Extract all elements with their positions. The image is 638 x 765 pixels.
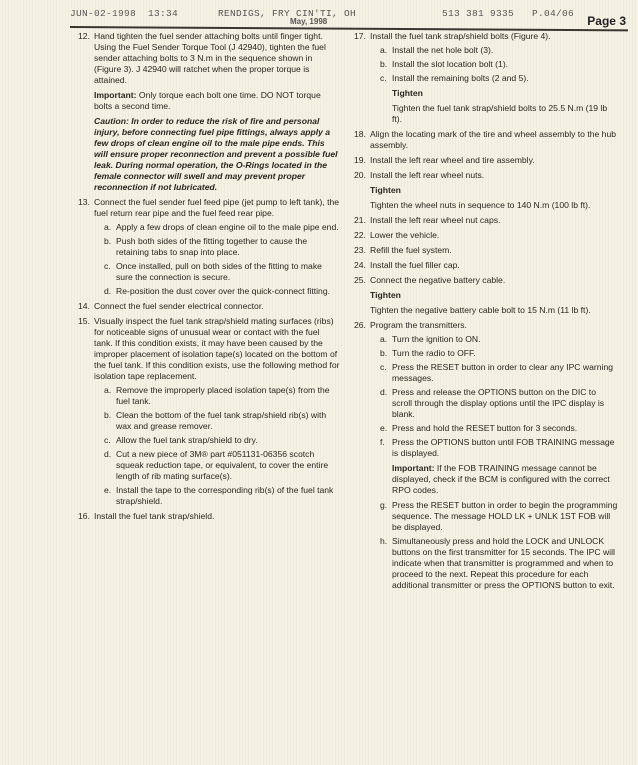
substep: a.Remove the improperly placed isolation… (104, 385, 340, 407)
substep: g.Press the RESET button in order to beg… (380, 500, 618, 533)
tighten-spec: Tighten the negative battery cable bolt … (370, 305, 618, 316)
right-column: 17. Install the fuel tank strap/shield b… (354, 31, 618, 595)
substep: b.Turn the radio to OFF. (380, 348, 618, 359)
fax-header: JUN-02-1998 13:34 RENDIGS, FRY CIN'TI, O… (70, 8, 598, 20)
substep: b.Install the slot location bolt (1). (380, 59, 618, 70)
substep: f.Press the OPTIONS button until FOB TRA… (380, 437, 618, 459)
tighten-label: Tighten (370, 290, 618, 301)
fax-phone: 513 381 9335 (442, 8, 514, 19)
substep: d.Cut a new piece of 3M® part #051131-06… (104, 449, 340, 482)
important-note: Important: If the FOB TRAINING message c… (370, 463, 618, 496)
scanned-page: JUN-02-1998 13:34 RENDIGS, FRY CIN'TI, O… (0, 0, 638, 765)
substep: e.Install the tape to the corresponding … (104, 485, 340, 507)
substep: a.Install the net hole bolt (3). (380, 45, 618, 56)
step-19: 19.Install the left rear wheel and tire … (354, 155, 618, 166)
substep: a.Turn the ignition to ON. (380, 334, 618, 345)
fax-time: 13:34 (148, 8, 178, 19)
step-17: 17. Install the fuel tank strap/shield b… (354, 31, 618, 125)
substep: h.Simultaneously press and hold the LOCK… (380, 536, 618, 591)
fax-sender: RENDIGS, FRY CIN'TI, OH (218, 8, 356, 19)
substep: b.Clean the bottom of the fuel tank stra… (104, 410, 340, 432)
left-column: 12. Hand tighten the fuel sender attachi… (78, 31, 340, 526)
substep: a.Apply a few drops of clean engine oil … (104, 222, 340, 233)
step-20: 20. Install the left rear wheel nuts. Ti… (354, 170, 618, 211)
step-14: 14. Connect the fuel sender electrical c… (78, 301, 340, 312)
tighten-label: Tighten (370, 185, 618, 196)
step-18: 18.Align the locating mark of the tire a… (354, 129, 618, 151)
ghost-date: May, 1998 (290, 17, 327, 26)
substep: e.Press and hold the RESET button for 3 … (380, 423, 618, 434)
substep: c.Once installed, pull on both sides of … (104, 261, 340, 283)
important-note: Important: Only torque each bolt one tim… (94, 90, 340, 112)
substep: c.Allow the fuel tank strap/shield to dr… (104, 435, 340, 446)
step-24: 24.Install the fuel filler cap. (354, 260, 618, 271)
page-number: Page 3 (587, 14, 626, 28)
substep: d.Press and release the OPTIONS button o… (380, 387, 618, 420)
step-26: 26. Program the transmitters. a.Turn the… (354, 320, 618, 591)
step-25: 25. Connect the negative battery cable. … (354, 275, 618, 316)
substep: d.Re-position the dust cover over the qu… (104, 286, 340, 297)
fax-date: JUN-02-1998 (70, 8, 136, 19)
tighten-spec: Tighten the wheel nuts in sequence to 14… (370, 200, 618, 211)
substep: c.Press the RESET button in order to cle… (380, 362, 618, 384)
substep: b.Push both sides of the fitting togethe… (104, 236, 340, 258)
fax-page-code: P.04/06 (532, 8, 574, 19)
step-12: 12. Hand tighten the fuel sender attachi… (78, 31, 340, 193)
step-15: 15. Visually inspect the fuel tank strap… (78, 316, 340, 507)
caution-note: Caution: In order to reduce the risk of … (94, 116, 340, 193)
tighten-label: Tighten (392, 88, 618, 99)
substep: c.Install the remaining bolts (2 and 5). (380, 73, 618, 84)
tighten-spec: Tighten the fuel tank strap/shield bolts… (392, 103, 618, 125)
step-21: 21.Install the left rear wheel nut caps. (354, 215, 618, 226)
step-13: 13. Connect the fuel sender fuel feed pi… (78, 197, 340, 297)
step-23: 23.Refill the fuel system. (354, 245, 618, 256)
step-16: 16. Install the fuel tank strap/shield. (78, 511, 340, 522)
step-22: 22.Lower the vehicle. (354, 230, 618, 241)
